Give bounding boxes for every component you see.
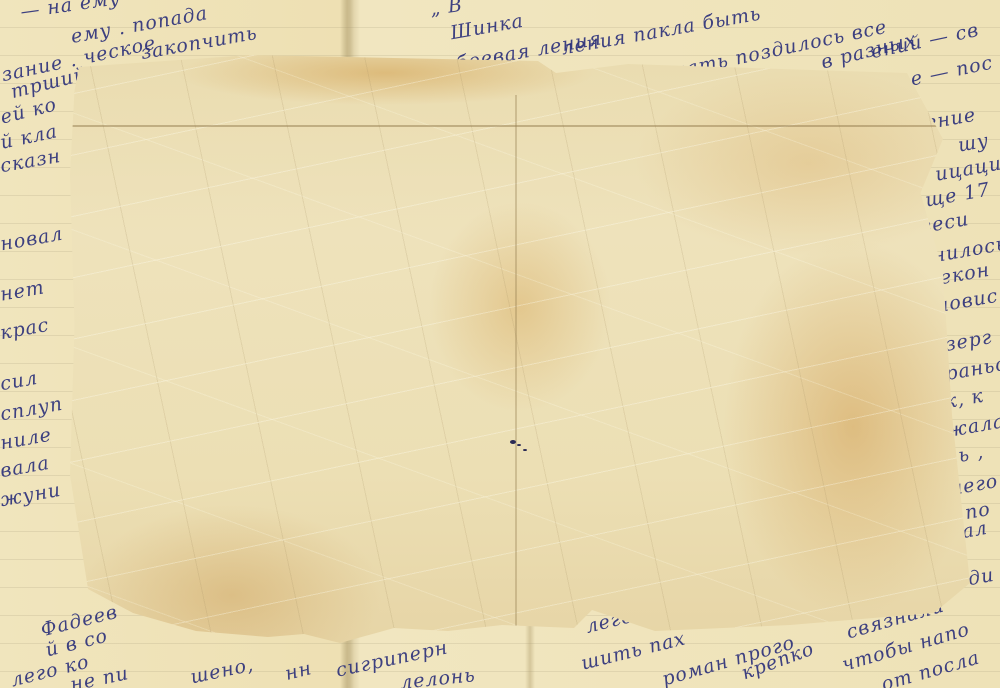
aged-paper-sheet <box>70 55 970 655</box>
handwriting-line: ди <box>966 564 996 590</box>
paper-fold-crease-vertical <box>515 95 517 635</box>
paper-fold-crease-horizontal <box>70 125 970 127</box>
ink-spots <box>510 440 516 444</box>
paper-crease-texture <box>70 55 970 655</box>
